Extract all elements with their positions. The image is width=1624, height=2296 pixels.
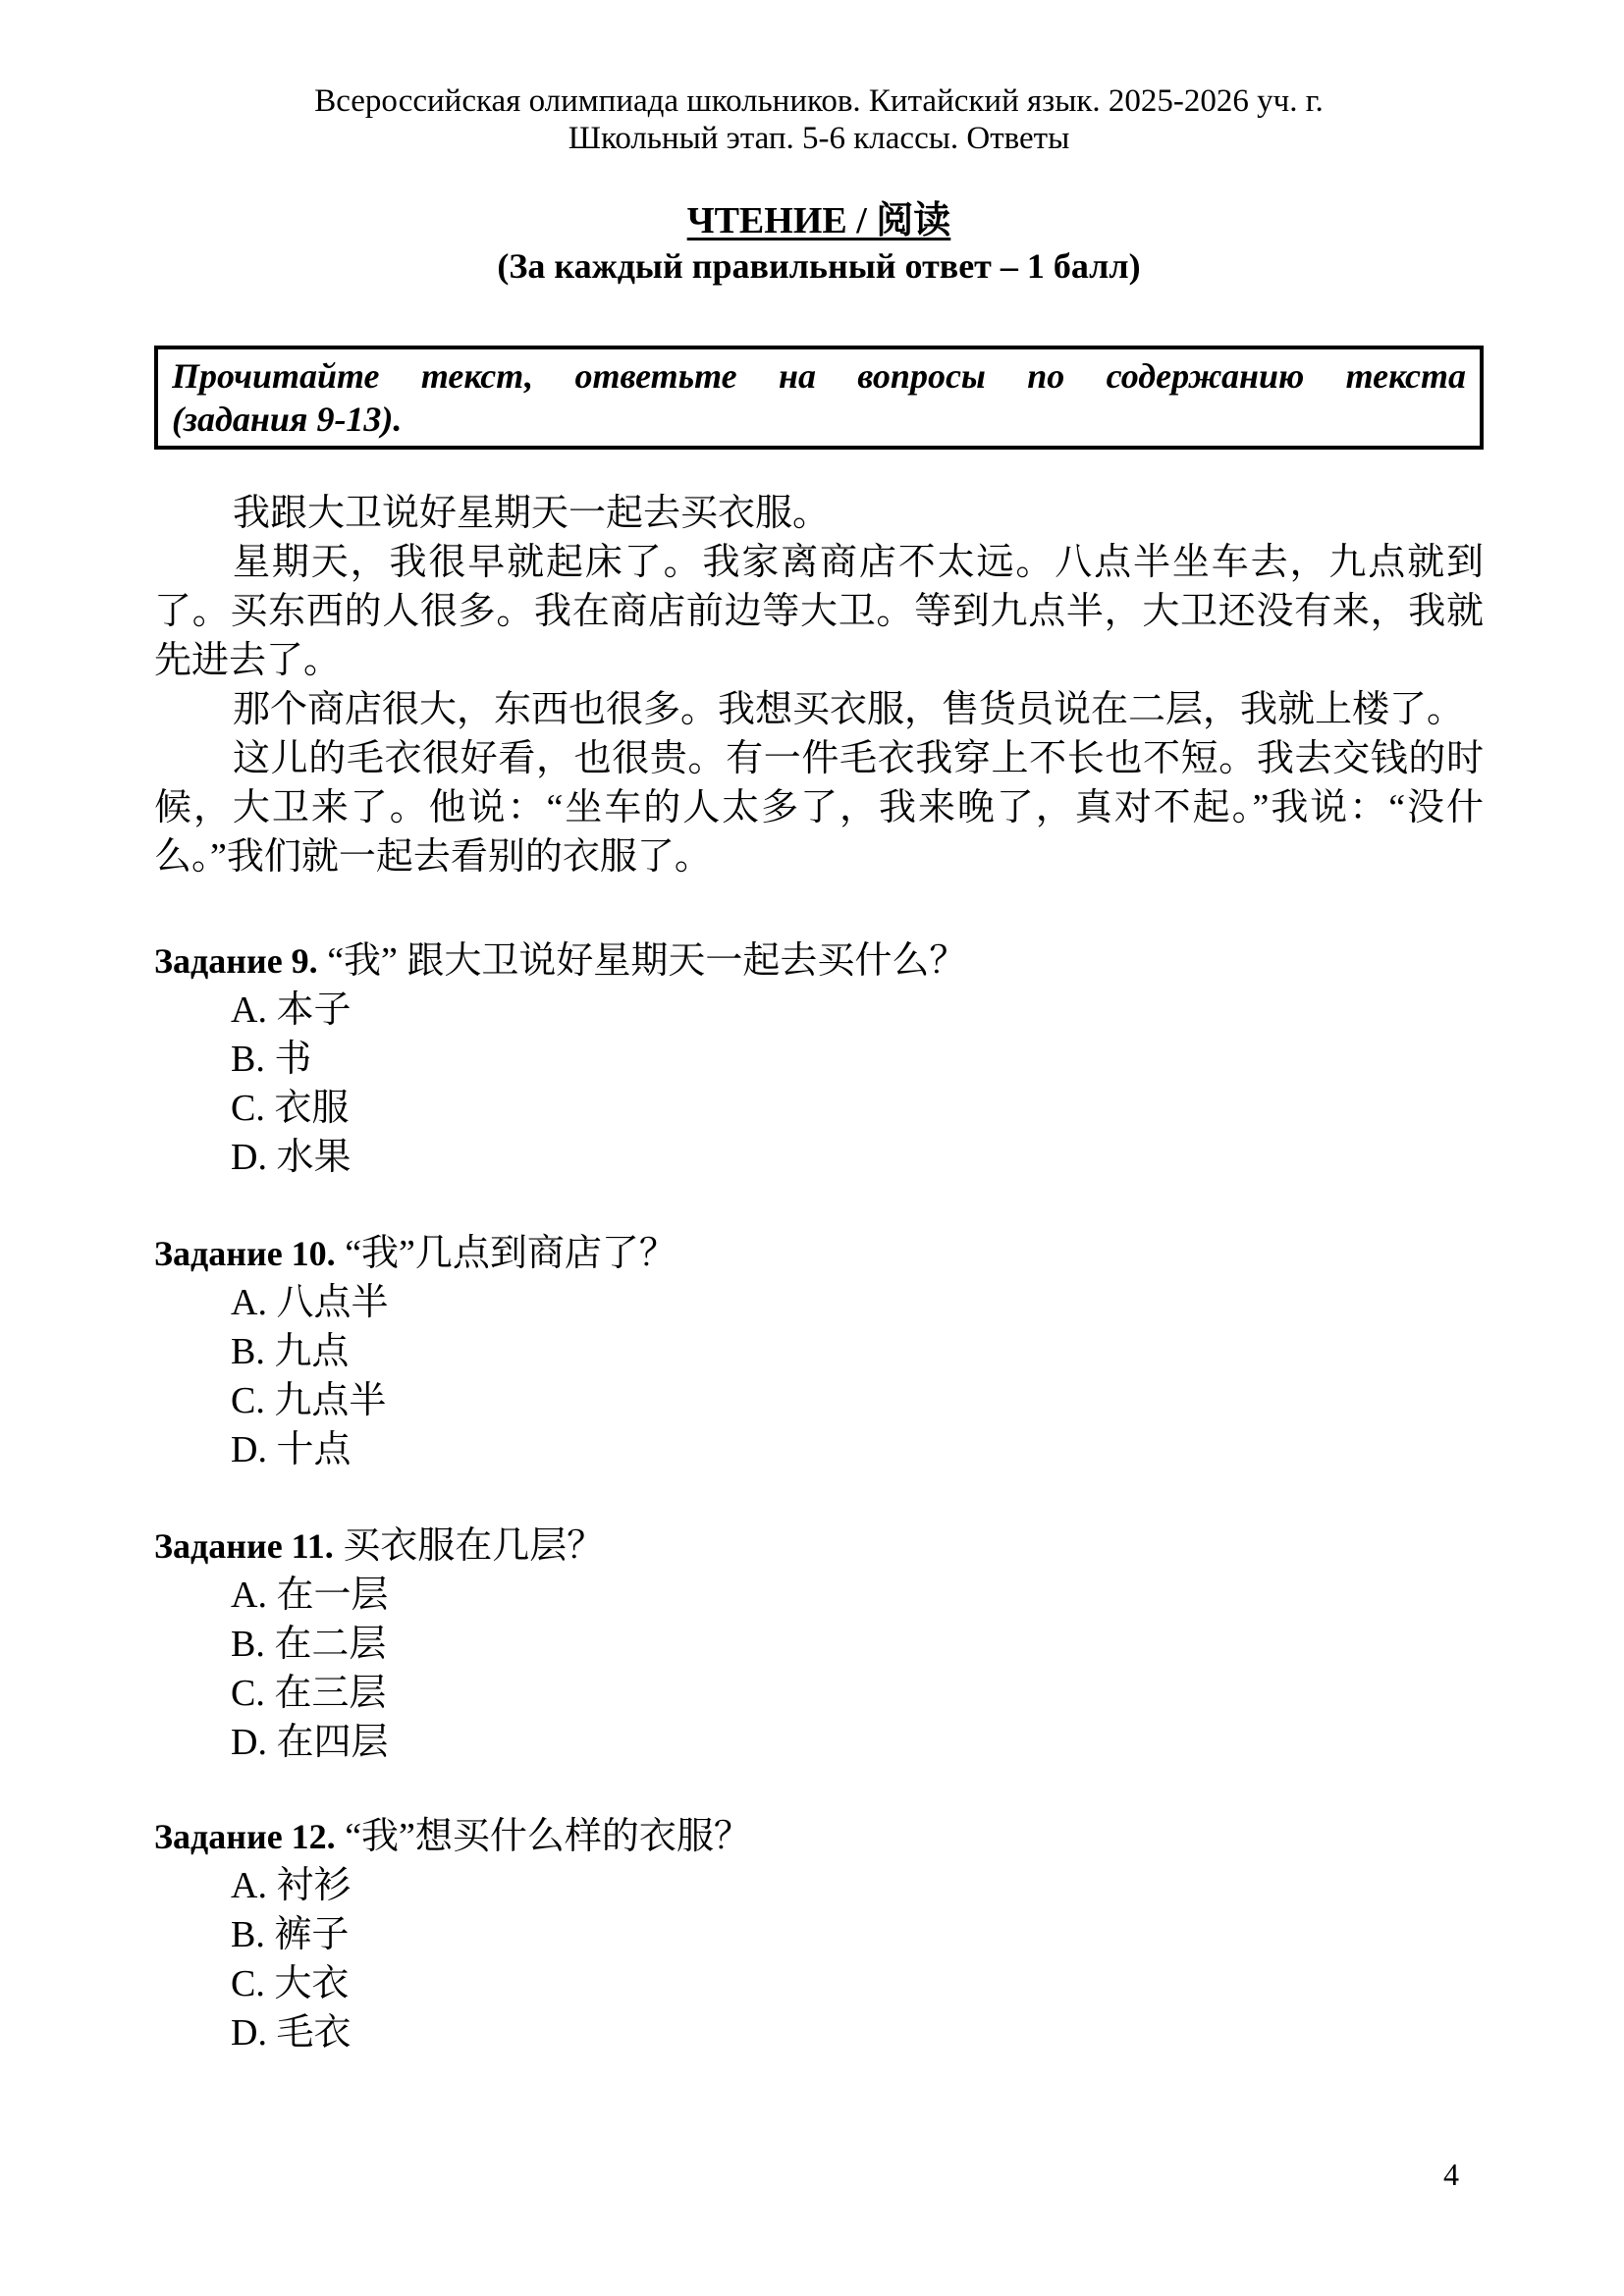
answer-option-d: D. 十点 xyxy=(154,1425,1484,1474)
question-label: Задание 12. xyxy=(154,1817,336,1856)
section-heading: ЧТЕНИЕ / 阅读 (За каждый правильный ответ … xyxy=(154,198,1484,289)
instruction-box: Прочитайте текст, ответьте на вопросы по… xyxy=(154,346,1484,450)
instruction-line-1: Прочитайте текст, ответьте на вопросы по… xyxy=(172,354,1466,398)
question-text: “我” 跟大卫说好星期天一起去买什么？ xyxy=(327,940,966,982)
question-block-10: Задание 10. “我”几点到商店了？ A. 八点半 B. 九点 C. 九… xyxy=(154,1229,1484,1474)
passage-paragraph-4: 这儿的毛衣很好看，也很贵。有一件毛衣我穿上不长也不短。我去交钱的时候，大卫来了。… xyxy=(154,734,1484,881)
answer-option-c: C. 九点半 xyxy=(154,1376,1484,1425)
answer-option-a: A. 本子 xyxy=(154,986,1484,1035)
answer-option-b: B. 裤子 xyxy=(154,1910,1484,1959)
instruction-line-2: (задания 9-13). xyxy=(172,398,1466,441)
passage-paragraph-2: 星期天，我很早就起床了。我家离商店不太远。八点半坐车去，九点就到了。买东西的人很… xyxy=(154,538,1484,685)
question-text: “我”想买什么样的衣服？ xyxy=(345,1816,751,1857)
answer-option-c: C. 在三层 xyxy=(154,1669,1484,1718)
answer-option-a: A. 八点半 xyxy=(154,1278,1484,1327)
reading-passage: 我跟大卫说好星期天一起去买衣服。 星期天，我很早就起床了。我家离商店不太远。八点… xyxy=(154,489,1484,881)
question-label: Задание 9. xyxy=(154,941,318,981)
question-label: Задание 11. xyxy=(154,1526,334,1566)
answer-option-d: D. 水果 xyxy=(154,1133,1484,1182)
question-text: 买衣服在几层？ xyxy=(343,1525,604,1567)
question-block-11: Задание 11. 买衣服在几层？ A. 在一层 B. 在二层 C. 在三层… xyxy=(154,1522,1484,1767)
document-page: Всероссийская олимпиада школьников. Кита… xyxy=(0,0,1624,2296)
answer-option-b: B. 书 xyxy=(154,1035,1484,1084)
answer-option-d: D. 毛衣 xyxy=(154,2008,1484,2057)
header-line-1: Всероссийская олимпиада школьников. Кита… xyxy=(154,82,1484,120)
answer-option-a: A. 在一层 xyxy=(154,1571,1484,1620)
section-title: ЧТЕНИЕ / 阅读 xyxy=(154,198,1484,243)
passage-paragraph-1: 我跟大卫说好星期天一起去买衣服。 xyxy=(154,489,1484,538)
answer-option-d: D. 在四层 xyxy=(154,1718,1484,1767)
answer-option-b: B. 在二层 xyxy=(154,1620,1484,1669)
question-heading: Задание 10. “我”几点到商店了？ xyxy=(154,1229,1484,1278)
document-header: Всероссийская олимпиада школьников. Кита… xyxy=(154,0,1484,157)
question-text: “我”几点到商店了？ xyxy=(345,1233,677,1274)
header-line-2: Школьный этап. 5-6 классы. Ответы xyxy=(154,120,1484,157)
answer-option-c: C. 衣服 xyxy=(154,1084,1484,1133)
question-block-9: Задание 9. “我” 跟大卫说好星期天一起去买什么？ A. 本子 B. … xyxy=(154,936,1484,1182)
question-heading: Задание 11. 买衣服在几层？ xyxy=(154,1522,1484,1571)
passage-paragraph-3: 那个商店很大，东西也很多。我想买衣服，售货员说在二层，我就上楼了。 xyxy=(154,685,1484,734)
question-heading: Задание 12. “我”想买什么样的衣服？ xyxy=(154,1812,1484,1861)
question-block-12: Задание 12. “我”想买什么样的衣服？ A. 衬衫 B. 裤子 C. … xyxy=(154,1812,1484,2057)
question-heading: Задание 9. “我” 跟大卫说好星期天一起去买什么？ xyxy=(154,936,1484,986)
answer-option-b: B. 九点 xyxy=(154,1327,1484,1376)
section-subtitle: (За каждый правильный ответ – 1 балл) xyxy=(154,243,1484,289)
page-number: 4 xyxy=(1443,2156,1459,2193)
answer-option-c: C. 大衣 xyxy=(154,1959,1484,2008)
question-label: Задание 10. xyxy=(154,1234,336,1273)
answer-option-a: A. 衬衫 xyxy=(154,1861,1484,1910)
